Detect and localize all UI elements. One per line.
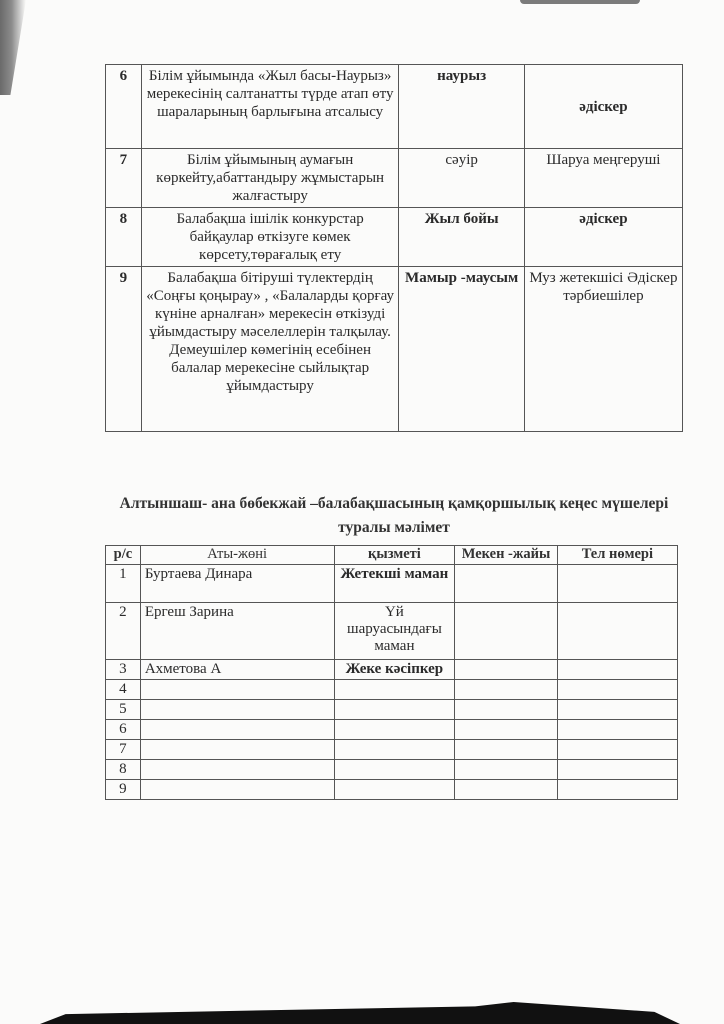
table-row: 9 Балабақша бітіруші түлектердің «Соңғы … [106, 267, 683, 432]
event-plan-table: 6 Білім ұйымында «Жыл басы-Наурыз» мерек… [105, 64, 683, 432]
member-position [334, 720, 455, 740]
table-row: 6 [106, 720, 678, 740]
member-number: 2 [106, 603, 141, 660]
row-number: 9 [106, 267, 142, 432]
member-phone [557, 720, 677, 740]
table-row: 1 Буртаева Динара Жетекші маман [106, 565, 678, 603]
member-name: Буртаева Динара [140, 565, 334, 603]
event-description: Балабақша ішілік конкурстар байқаулар өт… [141, 208, 399, 267]
table-header-row: р/с Аты-жөні қызметі Мекен -жайы Тел нөм… [106, 546, 678, 565]
event-responsible: әдіскер [524, 208, 682, 267]
section-title-line-1: Алтыншаш- ана бөбекжай –балабақшасының қ… [105, 492, 683, 516]
member-name: Ахметова А [140, 660, 334, 680]
member-number: 3 [106, 660, 141, 680]
member-number: 8 [106, 760, 141, 780]
table-row: 8 [106, 760, 678, 780]
member-phone [557, 760, 677, 780]
member-number: 9 [106, 780, 141, 800]
member-name: Ергеш Зарина [140, 603, 334, 660]
member-address [455, 700, 557, 720]
member-name [140, 740, 334, 760]
member-address [455, 603, 557, 660]
header-address: Мекен -жайы [455, 546, 557, 565]
event-responsible: Шаруа меңгеруші [524, 149, 682, 208]
event-responsible: Муз жетекшісі Әдіскер тәрбиешілер [524, 267, 682, 432]
member-phone [557, 780, 677, 800]
header-number: р/с [106, 546, 141, 565]
member-position [334, 740, 455, 760]
member-position [334, 760, 455, 780]
member-position [334, 780, 455, 800]
member-name [140, 700, 334, 720]
member-address [455, 680, 557, 700]
event-period: Мамыр -маусым [399, 267, 524, 432]
event-period: Жыл бойы [399, 208, 524, 267]
row-number: 6 [106, 65, 142, 149]
table-row: 7 [106, 740, 678, 760]
header-position: қызметі [334, 546, 455, 565]
event-responsible: әдіскер [524, 65, 682, 149]
member-phone [557, 603, 677, 660]
row-number: 7 [106, 149, 142, 208]
row-number: 8 [106, 208, 142, 267]
table-row: 3 Ахметова А Жеке кәсіпкер [106, 660, 678, 680]
member-name [140, 680, 334, 700]
member-address [455, 780, 557, 800]
event-description: Балабақша бітіруші түлектердің «Соңғы қо… [141, 267, 399, 432]
member-phone [557, 680, 677, 700]
member-name [140, 780, 334, 800]
scan-edge-shadow-bottom [40, 1002, 680, 1024]
section-title: Алтыншаш- ана бөбекжай –балабақшасының қ… [105, 492, 683, 540]
member-number: 7 [106, 740, 141, 760]
member-number: 1 [106, 565, 141, 603]
event-description: Білім ұйымында «Жыл басы-Наурыз» мерекес… [141, 65, 399, 149]
member-position: Үй шаруасындағы маман [334, 603, 455, 660]
member-address [455, 660, 557, 680]
table-row: 2 Ергеш Зарина Үй шаруасындағы маман [106, 603, 678, 660]
scan-edge-shadow-left [0, 0, 26, 95]
table-row: 5 [106, 700, 678, 720]
event-period: сәуір [399, 149, 524, 208]
section-title-line-2: туралы мәлімет [105, 516, 683, 540]
member-name [140, 720, 334, 740]
member-address [455, 720, 557, 740]
member-number: 5 [106, 700, 141, 720]
member-phone [557, 660, 677, 680]
member-phone [557, 740, 677, 760]
table-row: 4 [106, 680, 678, 700]
member-address [455, 565, 557, 603]
scan-edge-shadow-top [520, 0, 640, 4]
event-description: Білім ұйымының аумағын көркейту,абаттанд… [141, 149, 399, 208]
member-number: 6 [106, 720, 141, 740]
member-position: Жетекші маман [334, 565, 455, 603]
member-phone [557, 700, 677, 720]
member-position [334, 680, 455, 700]
member-phone [557, 565, 677, 603]
event-period: наурыз [399, 65, 524, 149]
council-members-table: р/с Аты-жөні қызметі Мекен -жайы Тел нөм… [105, 545, 678, 800]
table-row: 6 Білім ұйымында «Жыл басы-Наурыз» мерек… [106, 65, 683, 149]
header-name: Аты-жөні [140, 546, 334, 565]
header-phone: Тел нөмері [557, 546, 677, 565]
member-name [140, 760, 334, 780]
table-row: 7 Білім ұйымының аумағын көркейту,абатта… [106, 149, 683, 208]
member-position: Жеке кәсіпкер [334, 660, 455, 680]
table-row: 9 [106, 780, 678, 800]
table-row: 8 Балабақша ішілік конкурстар байқаулар … [106, 208, 683, 267]
member-address [455, 760, 557, 780]
member-address [455, 740, 557, 760]
member-position [334, 700, 455, 720]
member-number: 4 [106, 680, 141, 700]
